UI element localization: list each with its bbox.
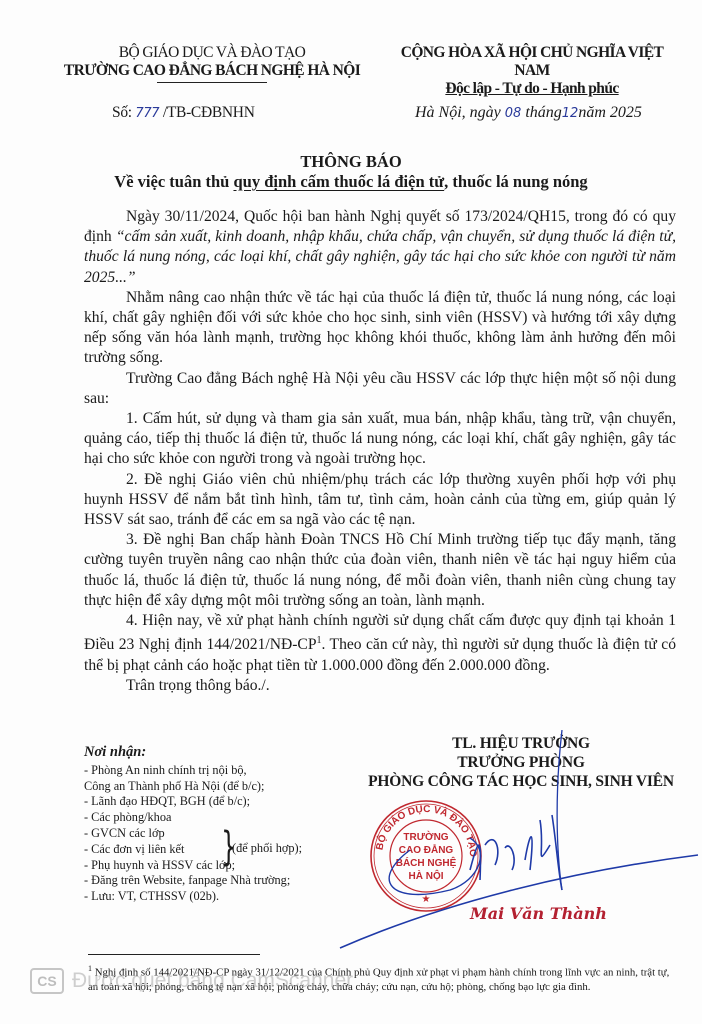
closing: Trân trọng thông báo./. — [84, 676, 676, 696]
national-header: CỘNG HÒA XÃ HỘI CHỦ NGHĨA VIỆT NAM Độc l… — [382, 44, 682, 98]
item-3: 3. Đề nghị Ban chấp hành Đoàn TNCS Hồ Ch… — [84, 530, 676, 611]
item-1: 1. Cấm hút, sử dụng và tham gia sản xuất… — [84, 409, 676, 470]
subject-underlined: quy định cấm thuốc lá điện tử — [233, 172, 444, 191]
subject-part: , thuốc lá nung nóng — [444, 172, 588, 191]
svg-text:★: ★ — [422, 894, 431, 905]
issuer-header: BỘ GIÁO DỤC VÀ ĐÀO TẠO TRƯỜNG CAO ĐẲNG B… — [62, 44, 362, 83]
subject-part: Về việc tuân thủ — [114, 172, 233, 191]
footnote-separator — [88, 954, 260, 955]
item-4: 4. Hiện nay, về xử phạt hành chính người… — [84, 611, 676, 676]
svg-text:CAO ĐẲNG: CAO ĐẲNG — [399, 843, 454, 856]
signature-line-3: PHÒNG CÔNG TÁC HỌC SINH, SINH VIÊN — [340, 772, 702, 791]
date-month-label: tháng — [525, 104, 561, 121]
camscanner-watermark: CS Được quét bằng CamScanner — [30, 968, 353, 994]
republic-name: CỘNG HÒA XÃ HỘI CHỦ NGHĨA VIỆT NAM — [382, 44, 682, 80]
title-subject: Về việc tuân thủ quy định cấm thuốc lá đ… — [0, 172, 702, 192]
document-number: Số: 777 /TB-CĐBNHN — [112, 104, 255, 122]
paragraph-resolution: Ngày 30/11/2024, Quốc hội ban hành Nghị … — [84, 207, 676, 288]
signature-line-2: TRƯỞNG PHÒNG — [340, 753, 702, 772]
number-handwritten: 777 — [135, 106, 159, 121]
resolution-quote: “cấm sản xuất, kinh doanh, nhập khẩu, ch… — [84, 228, 676, 285]
ministry-name: BỘ GIÁO DỤC VÀ ĐÀO TẠO — [62, 44, 362, 62]
recipient-item: - Lưu: VT, CTHSSV (02b). — [84, 889, 344, 905]
official-stamp-icon: BỘ GIÁO DỤC VÀ ĐÀO TẠO TRƯỜNG CAO ĐẲNG B… — [368, 798, 484, 914]
group-note: (để phối hợp); — [232, 841, 302, 857]
paragraph-purpose: Nhằm nâng cao nhận thức về tác hại của t… — [84, 288, 676, 369]
title-main: THÔNG BÁO — [0, 152, 702, 172]
recipient-item: - Đăng trên Website, fanpage Nhà trường; — [84, 873, 344, 889]
recipients-block: Nơi nhận: - Phòng An ninh chính trị nội … — [84, 745, 344, 905]
date-year: năm 2025 — [578, 104, 642, 121]
recipient-item: - GVCN các lớp — [84, 826, 344, 842]
date-month: 12 — [562, 106, 579, 121]
recipient-item: - Phụ huynh và HSSV các lớp; — [84, 858, 344, 874]
number-label: Số: — [112, 104, 132, 121]
item-2: 2. Đề nghị Giáo viên chủ nhiệm/phụ trách… — [84, 470, 676, 531]
svg-text:HÀ NỘI: HÀ NỘI — [409, 869, 444, 882]
recipient-item: - Phòng An ninh chính trị nội bộ, — [84, 763, 344, 779]
notice-body: Ngày 30/11/2024, Quốc hội ban hành Nghị … — [84, 207, 676, 696]
date-prefix: Hà Nội, ngày — [415, 104, 501, 121]
recipient-item: - Lãnh đạo HĐQT, BGH (để b/c); — [84, 794, 344, 810]
header-underline — [157, 82, 267, 83]
national-motto: Độc lập - Tự do - Hạnh phúc — [382, 80, 682, 98]
recipients-heading: Nơi nhận: — [84, 745, 344, 761]
camscanner-logo-icon: CS — [30, 968, 64, 994]
watermark-text: Được quét bằng CamScanner — [72, 969, 353, 993]
paragraph-request: Trường Cao đẳng Bách nghệ Hà Nội yêu cầu… — [84, 369, 676, 409]
signature-line-1: TL. HIỆU TRƯỞNG — [340, 734, 702, 753]
notice-title: THÔNG BÁO Về việc tuân thủ quy định cấm … — [0, 152, 702, 192]
recipient-item: - Các đơn vị liên kết — [84, 842, 344, 858]
date-day: 08 — [505, 106, 522, 121]
signer-name: Mai Văn Thành — [470, 904, 607, 923]
school-name: TRƯỜNG CAO ĐẲNG BÁCH NGHỆ HÀ NỘI — [62, 62, 362, 80]
svg-text:TRƯỜNG: TRƯỜNG — [403, 830, 448, 843]
number-suffix: /TB-CĐBNHN — [163, 104, 255, 121]
recipient-item: Công an Thành phố Hà Nội (để b/c); — [84, 779, 344, 795]
svg-text:BÁCH NGHỆ: BÁCH NGHỆ — [396, 856, 457, 869]
document-date: Hà Nội, ngày 08 tháng12năm 2025 — [415, 104, 642, 122]
signature-block: TL. HIỆU TRƯỞNG TRƯỞNG PHÒNG PHÒNG CÔNG … — [340, 734, 702, 791]
recipient-item: - Các phòng/khoa — [84, 810, 344, 826]
